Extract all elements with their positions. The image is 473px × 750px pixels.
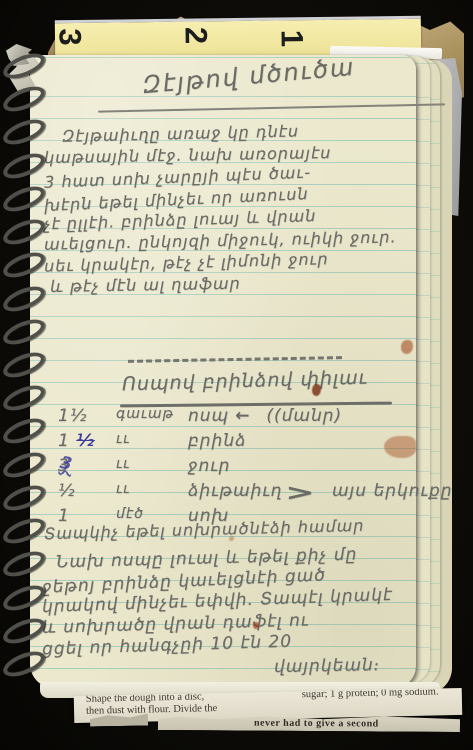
spiral-coil xyxy=(0,281,48,316)
notebook-photo: 22/5 3 2 1 Զէյթով մծուծա Զէյթաիւղը առաջ … xyxy=(0,0,473,750)
spiral-coil xyxy=(0,414,48,449)
clipping-text: never had to give a second xyxy=(254,718,460,730)
tab-number-3: 3 xyxy=(51,28,87,46)
tab-number-2: 2 xyxy=(177,27,213,45)
right-arrow-mark: > xyxy=(285,481,316,506)
spiral-coil xyxy=(0,181,48,216)
ingredient-row: 1½ գաւաթ ոսպ ← ((մանր) xyxy=(58,406,453,431)
spiral-coil xyxy=(0,314,48,349)
spiral-coil xyxy=(0,215,48,250)
left-arrow-mark: ← xyxy=(235,406,250,426)
clipping-text: then dust with flour. Divide the xyxy=(86,703,217,717)
ingredient-note: ((մանր) xyxy=(266,406,342,426)
ingredient-unit: գաւաթ xyxy=(116,406,188,422)
ingredient-list: 1½ գաւաթ ոսպ ← ((մանր) 1 ½ ււ բրինձ 33 ւ… xyxy=(58,406,453,531)
ingredient-qty: 1½ xyxy=(58,406,116,426)
ingredient-unit: մէծ xyxy=(116,506,188,522)
ditto-mark: ււ xyxy=(116,481,188,497)
blue-ink-strikeout: ½ xyxy=(76,431,95,451)
clipping-column-2: sugar; 1 g protein; 0 mg sodium. xyxy=(302,688,462,701)
ingredient-item: ձիւթաիւղ xyxy=(188,481,283,501)
ingredient-item: բրինձ xyxy=(188,431,246,451)
recipe1-paragraph: Զէյթաիւղը առաջ կը դնէս կաթսային մէջ. նախ… xyxy=(44,122,397,294)
spiral-coil xyxy=(0,347,48,382)
ingredient-note: այս երկուքը xyxy=(332,481,453,501)
spiral-coil xyxy=(0,115,48,150)
spiral-coil xyxy=(0,447,48,482)
ingredient-row: ½ ււ ձիւթաիւղ > այս երկուքը xyxy=(58,481,453,506)
hw-line: վայրկեան։ xyxy=(274,654,393,678)
spiral-coil xyxy=(0,514,48,549)
ditto-mark: ււ xyxy=(116,456,188,472)
spiral-coil xyxy=(0,480,48,515)
ingredient-item: ջուր xyxy=(188,456,230,476)
ingredient-qty: ½ xyxy=(58,481,116,501)
spiral-binding xyxy=(2,56,54,674)
ingredient-row: 33 ււ ջուր xyxy=(58,456,453,481)
stain xyxy=(384,436,416,458)
spiral-coil xyxy=(0,547,48,582)
ingredient-qty: 33 xyxy=(58,456,116,476)
spiral-coil xyxy=(0,148,48,183)
ingredient-qty: 1 ½ xyxy=(58,431,116,451)
spiral-coil xyxy=(0,381,48,416)
spiral-coil xyxy=(0,248,48,283)
recipe2-paragraph: Նախ ոսպը լուալ և եթել քիչ մը ջեթոյ բրինձ… xyxy=(42,548,393,677)
spiral-coil xyxy=(0,580,48,615)
spiral-coil xyxy=(0,82,48,117)
ingredient-item: ոսպ xyxy=(188,406,229,426)
spiral-coil xyxy=(0,613,48,648)
blue-ink-overwrite: 3 xyxy=(58,453,74,475)
tab-number-1: 1 xyxy=(274,30,310,48)
ditto-mark: ււ xyxy=(116,431,188,447)
